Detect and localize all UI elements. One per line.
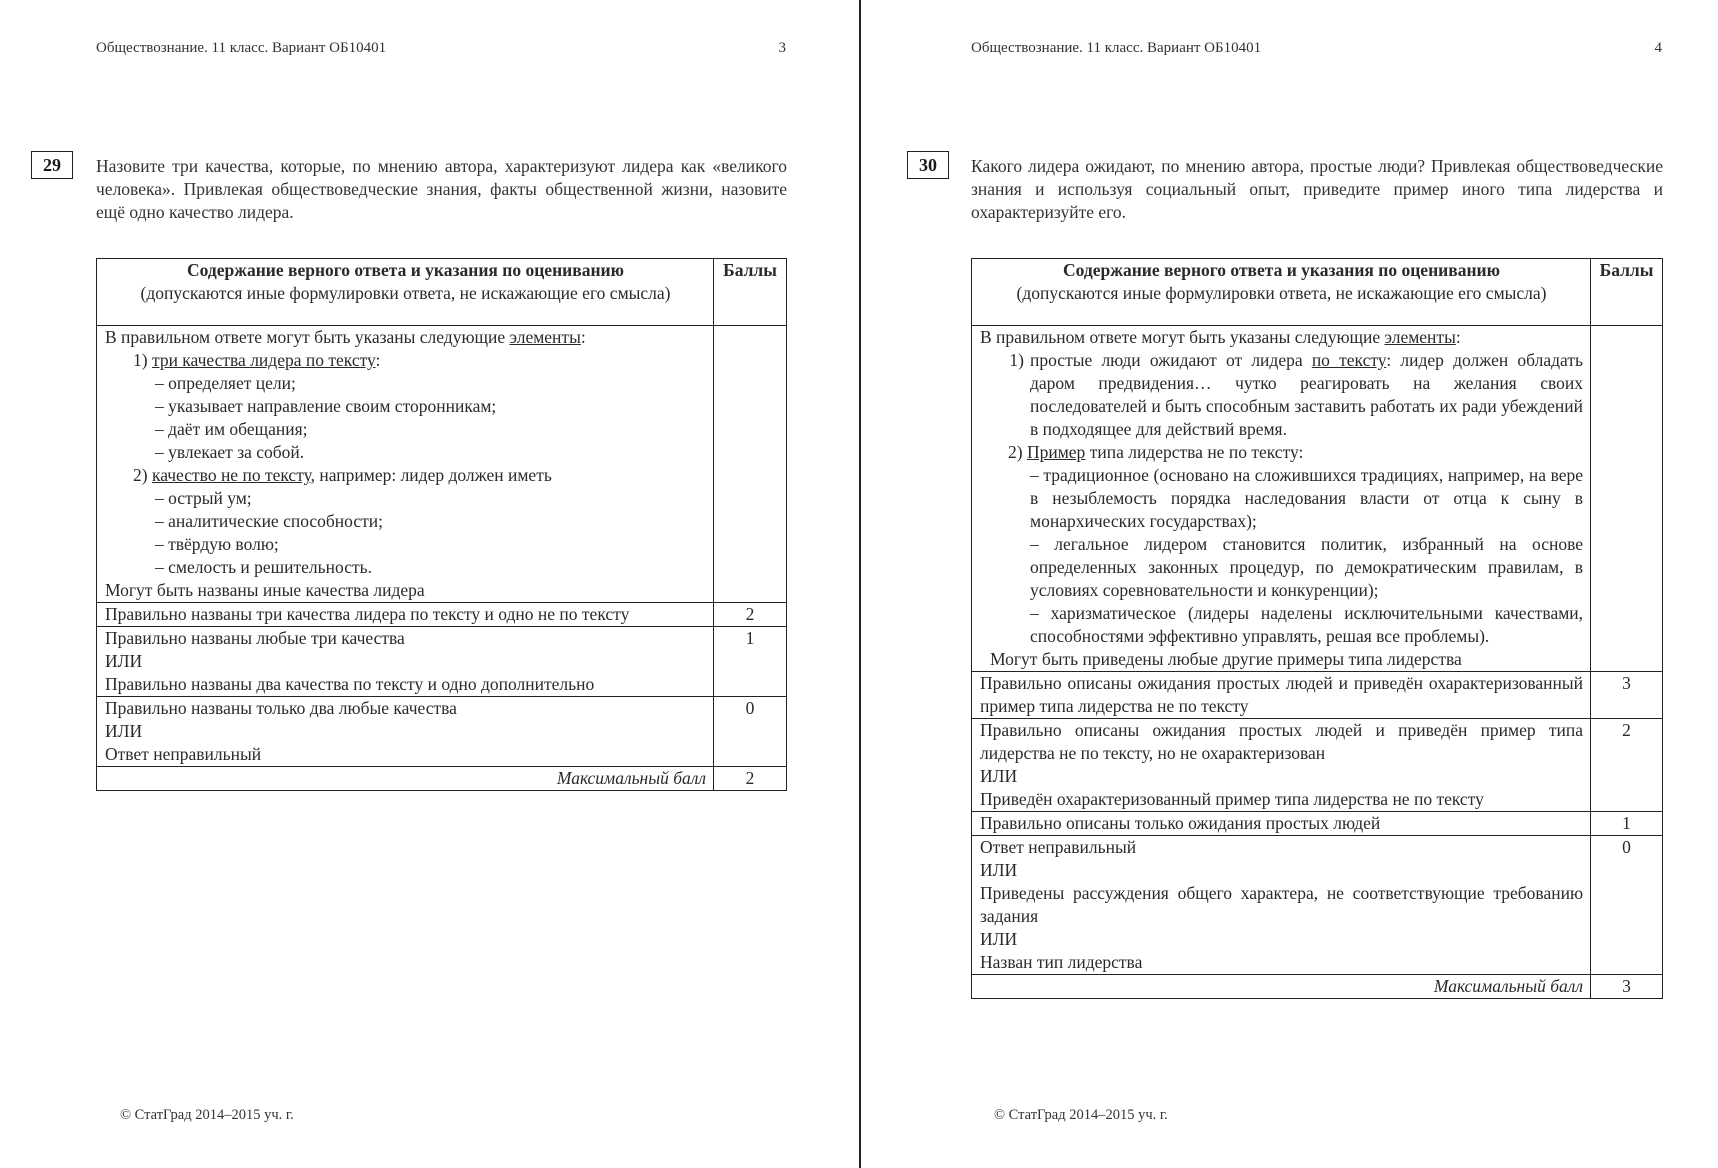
- table-header-row: Содержание верного ответа и указания по …: [972, 259, 1663, 326]
- header-title: Содержание верного ответа и указания по …: [105, 259, 706, 282]
- page-3: Обществознание. 11 класс. Вариант ОБ1040…: [0, 0, 858, 1168]
- score-row: Правильно названы любые три качества ИЛИ…: [97, 627, 787, 697]
- answer-content-row: В правильном ответе могут быть указаны с…: [97, 326, 787, 603]
- content-item-1: 1) простые люди ожидают от лидера по тек…: [980, 349, 1583, 441]
- list-item: – увлекает за собой.: [105, 441, 706, 464]
- score-points: 0: [1591, 836, 1663, 975]
- task-text: Назовите три качества, которые, по мнени…: [96, 155, 787, 224]
- page-4: Обществознание. 11 класс. Вариант ОБ1040…: [862, 0, 1718, 1168]
- score-row: Правильно описаны ожидания простых людей…: [972, 672, 1663, 719]
- max-score-row: Максимальный балл 2: [97, 767, 787, 791]
- content-item-2: 2) Пример типа лидерства не по тексту:: [980, 441, 1583, 464]
- grading-table: Содержание верного ответа и указания по …: [971, 258, 1663, 999]
- content-closing: Могут быть названы иные качества лидера: [105, 579, 706, 602]
- list-item: – аналитические способности;: [105, 510, 706, 533]
- list-item: – указывает направление своим сторонника…: [105, 395, 706, 418]
- task-number-box: 29: [31, 151, 73, 179]
- max-score-label: Максимальный балл: [97, 767, 714, 791]
- list-item: – смелость и решительность.: [105, 556, 706, 579]
- score-points: 0: [714, 697, 787, 767]
- header-note: (допускаются иные формулировки ответа, н…: [980, 282, 1583, 305]
- list-item: – традиционное (основано на сложившихся …: [980, 464, 1583, 533]
- header-points: Баллы: [1591, 259, 1663, 326]
- page-spread-divider: [859, 0, 861, 1168]
- content-item-1: 1) три качества лидера по тексту:: [105, 349, 706, 372]
- content-item-2: 2) качество не по тексту, например: лиде…: [105, 464, 706, 487]
- max-score-label: Максимальный балл: [972, 975, 1591, 999]
- list-item: – легальное лидером становится политик, …: [980, 533, 1583, 602]
- list-item: – определяет цели;: [105, 372, 706, 395]
- max-score-value: 2: [714, 767, 787, 791]
- score-points: 3: [1591, 672, 1663, 719]
- footer-copyright: © СтатГрад 2014–2015 уч. г.: [120, 1107, 294, 1124]
- header-points: Баллы: [714, 259, 787, 326]
- list-item: – твёрдую волю;: [105, 533, 706, 556]
- task-number-box: 30: [907, 151, 949, 179]
- page-number: 3: [779, 40, 787, 57]
- max-score-row: Максимальный балл 3: [972, 975, 1663, 999]
- page-number: 4: [1655, 40, 1663, 57]
- list-item: – харизматическое (лидеры наделены исклю…: [980, 602, 1583, 648]
- grading-table: Содержание верного ответа и указания по …: [96, 258, 787, 791]
- score-row: Правильно названы только два любые качес…: [97, 697, 787, 767]
- score-points: 1: [1591, 812, 1663, 836]
- list-item: – даёт им обещания;: [105, 418, 706, 441]
- score-row: Ответ неправильный ИЛИ Приведены рассужд…: [972, 836, 1663, 975]
- header-title: Содержание верного ответа и указания по …: [980, 259, 1583, 282]
- score-points: 2: [714, 603, 787, 627]
- header-note: (допускаются иные формулировки ответа, н…: [105, 282, 706, 305]
- content-closing: Могут быть приведены любые другие пример…: [980, 648, 1583, 671]
- score-row: Правильно названы три качества лидера по…: [97, 603, 787, 627]
- footer-copyright: © СтатГрад 2014–2015 уч. г.: [994, 1107, 1168, 1124]
- score-row: Правильно описаны только ожидания просты…: [972, 812, 1663, 836]
- table-header-row: Содержание верного ответа и указания по …: [97, 259, 787, 326]
- content-intro: В правильном ответе могут быть указаны с…: [980, 326, 1583, 349]
- answer-content-row: В правильном ответе могут быть указаны с…: [972, 326, 1663, 672]
- content-intro: В правильном ответе могут быть указаны с…: [105, 326, 706, 349]
- running-header: Обществознание. 11 класс. Вариант ОБ1040…: [96, 40, 386, 57]
- score-points: 2: [1591, 719, 1663, 812]
- task-text: Какого лидера ожидают, по мнению автора,…: [971, 155, 1663, 224]
- max-score-value: 3: [1591, 975, 1663, 999]
- running-header: Обществознание. 11 класс. Вариант ОБ1040…: [971, 40, 1261, 57]
- list-item: – острый ум;: [105, 487, 706, 510]
- score-points: 1: [714, 627, 787, 697]
- score-row: Правильно описаны ожидания простых людей…: [972, 719, 1663, 812]
